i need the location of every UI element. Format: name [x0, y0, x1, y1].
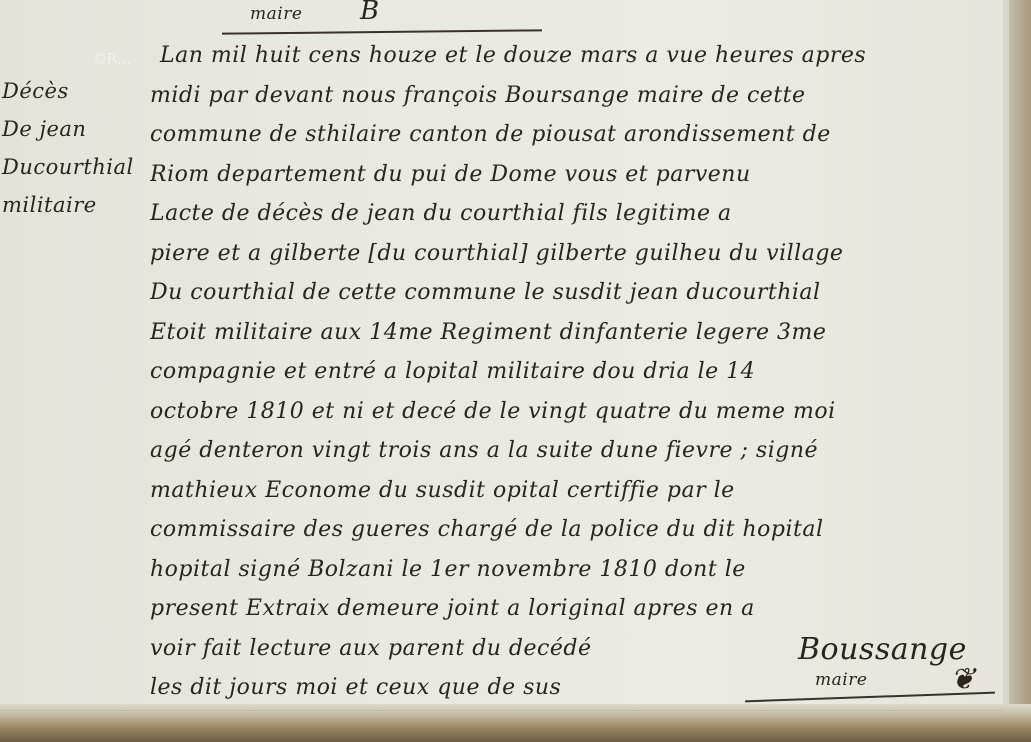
margin-note: Décès De jean Ducourthial militaire — [2, 72, 147, 224]
header-mayor-title: maire — [250, 4, 302, 24]
record-line: agé denteron vingt trois ans a la suite … — [150, 431, 1000, 471]
page-fold — [1003, 0, 1010, 712]
record-body: Lan mil huit cens houze et le douze mars… — [150, 36, 1000, 708]
record-line: Etoit militaire aux 14me Regiment dinfan… — [150, 313, 1000, 353]
record-line: Du courthial de cette commune le susdit … — [150, 273, 1000, 313]
record-line: Riom departement du pui de Dome vous et … — [150, 155, 1000, 195]
mayor-signature-title: maire — [815, 670, 867, 690]
record-line: mathieux Econome du susdit opital certif… — [150, 471, 1000, 511]
page-edge-line — [0, 716, 1003, 717]
margin-note-line: Décès — [2, 72, 147, 110]
record-line: commissaire des gueres chargé de la poli… — [150, 510, 1000, 550]
watermark: ©R... — [92, 50, 131, 68]
record-line: piere et a gilberte [du courthial] gilbe… — [150, 234, 1000, 274]
record-line: hopital signé Bolzani le 1er novembre 18… — [150, 550, 1000, 590]
header-signature-initial: B — [360, 0, 380, 26]
margin-note-line: De jean — [2, 110, 147, 148]
header-divider — [222, 29, 542, 34]
page-stack-edge — [0, 704, 1031, 742]
register-page: ©R... maire B Décès De jean Ducourthial … — [0, 0, 1003, 712]
record-line: octobre 1810 et ni et decé de le vingt q… — [150, 392, 1000, 432]
paraph-flourish-icon: ❦ — [950, 662, 976, 697]
margin-note-line: militaire — [2, 186, 147, 224]
page-edge-line — [0, 710, 1003, 711]
record-line: Lacte de décès de jean du courthial fils… — [150, 194, 1000, 234]
record-line: midi par devant nous françois Boursange … — [150, 76, 1000, 116]
record-line: les dit jours moi et ceux que de sus — [150, 668, 1000, 708]
record-line: commune de sthilaire canton de piousat a… — [150, 115, 1000, 155]
mayor-signature: Boussange — [798, 632, 967, 667]
record-line: compagnie et entré a lopital militaire d… — [150, 352, 1000, 392]
record-line: present Extraix demeure joint a lorigina… — [150, 589, 1000, 629]
record-line: Lan mil huit cens houze et le douze mars… — [150, 36, 1000, 76]
margin-note-line: Ducourthial — [2, 148, 147, 186]
